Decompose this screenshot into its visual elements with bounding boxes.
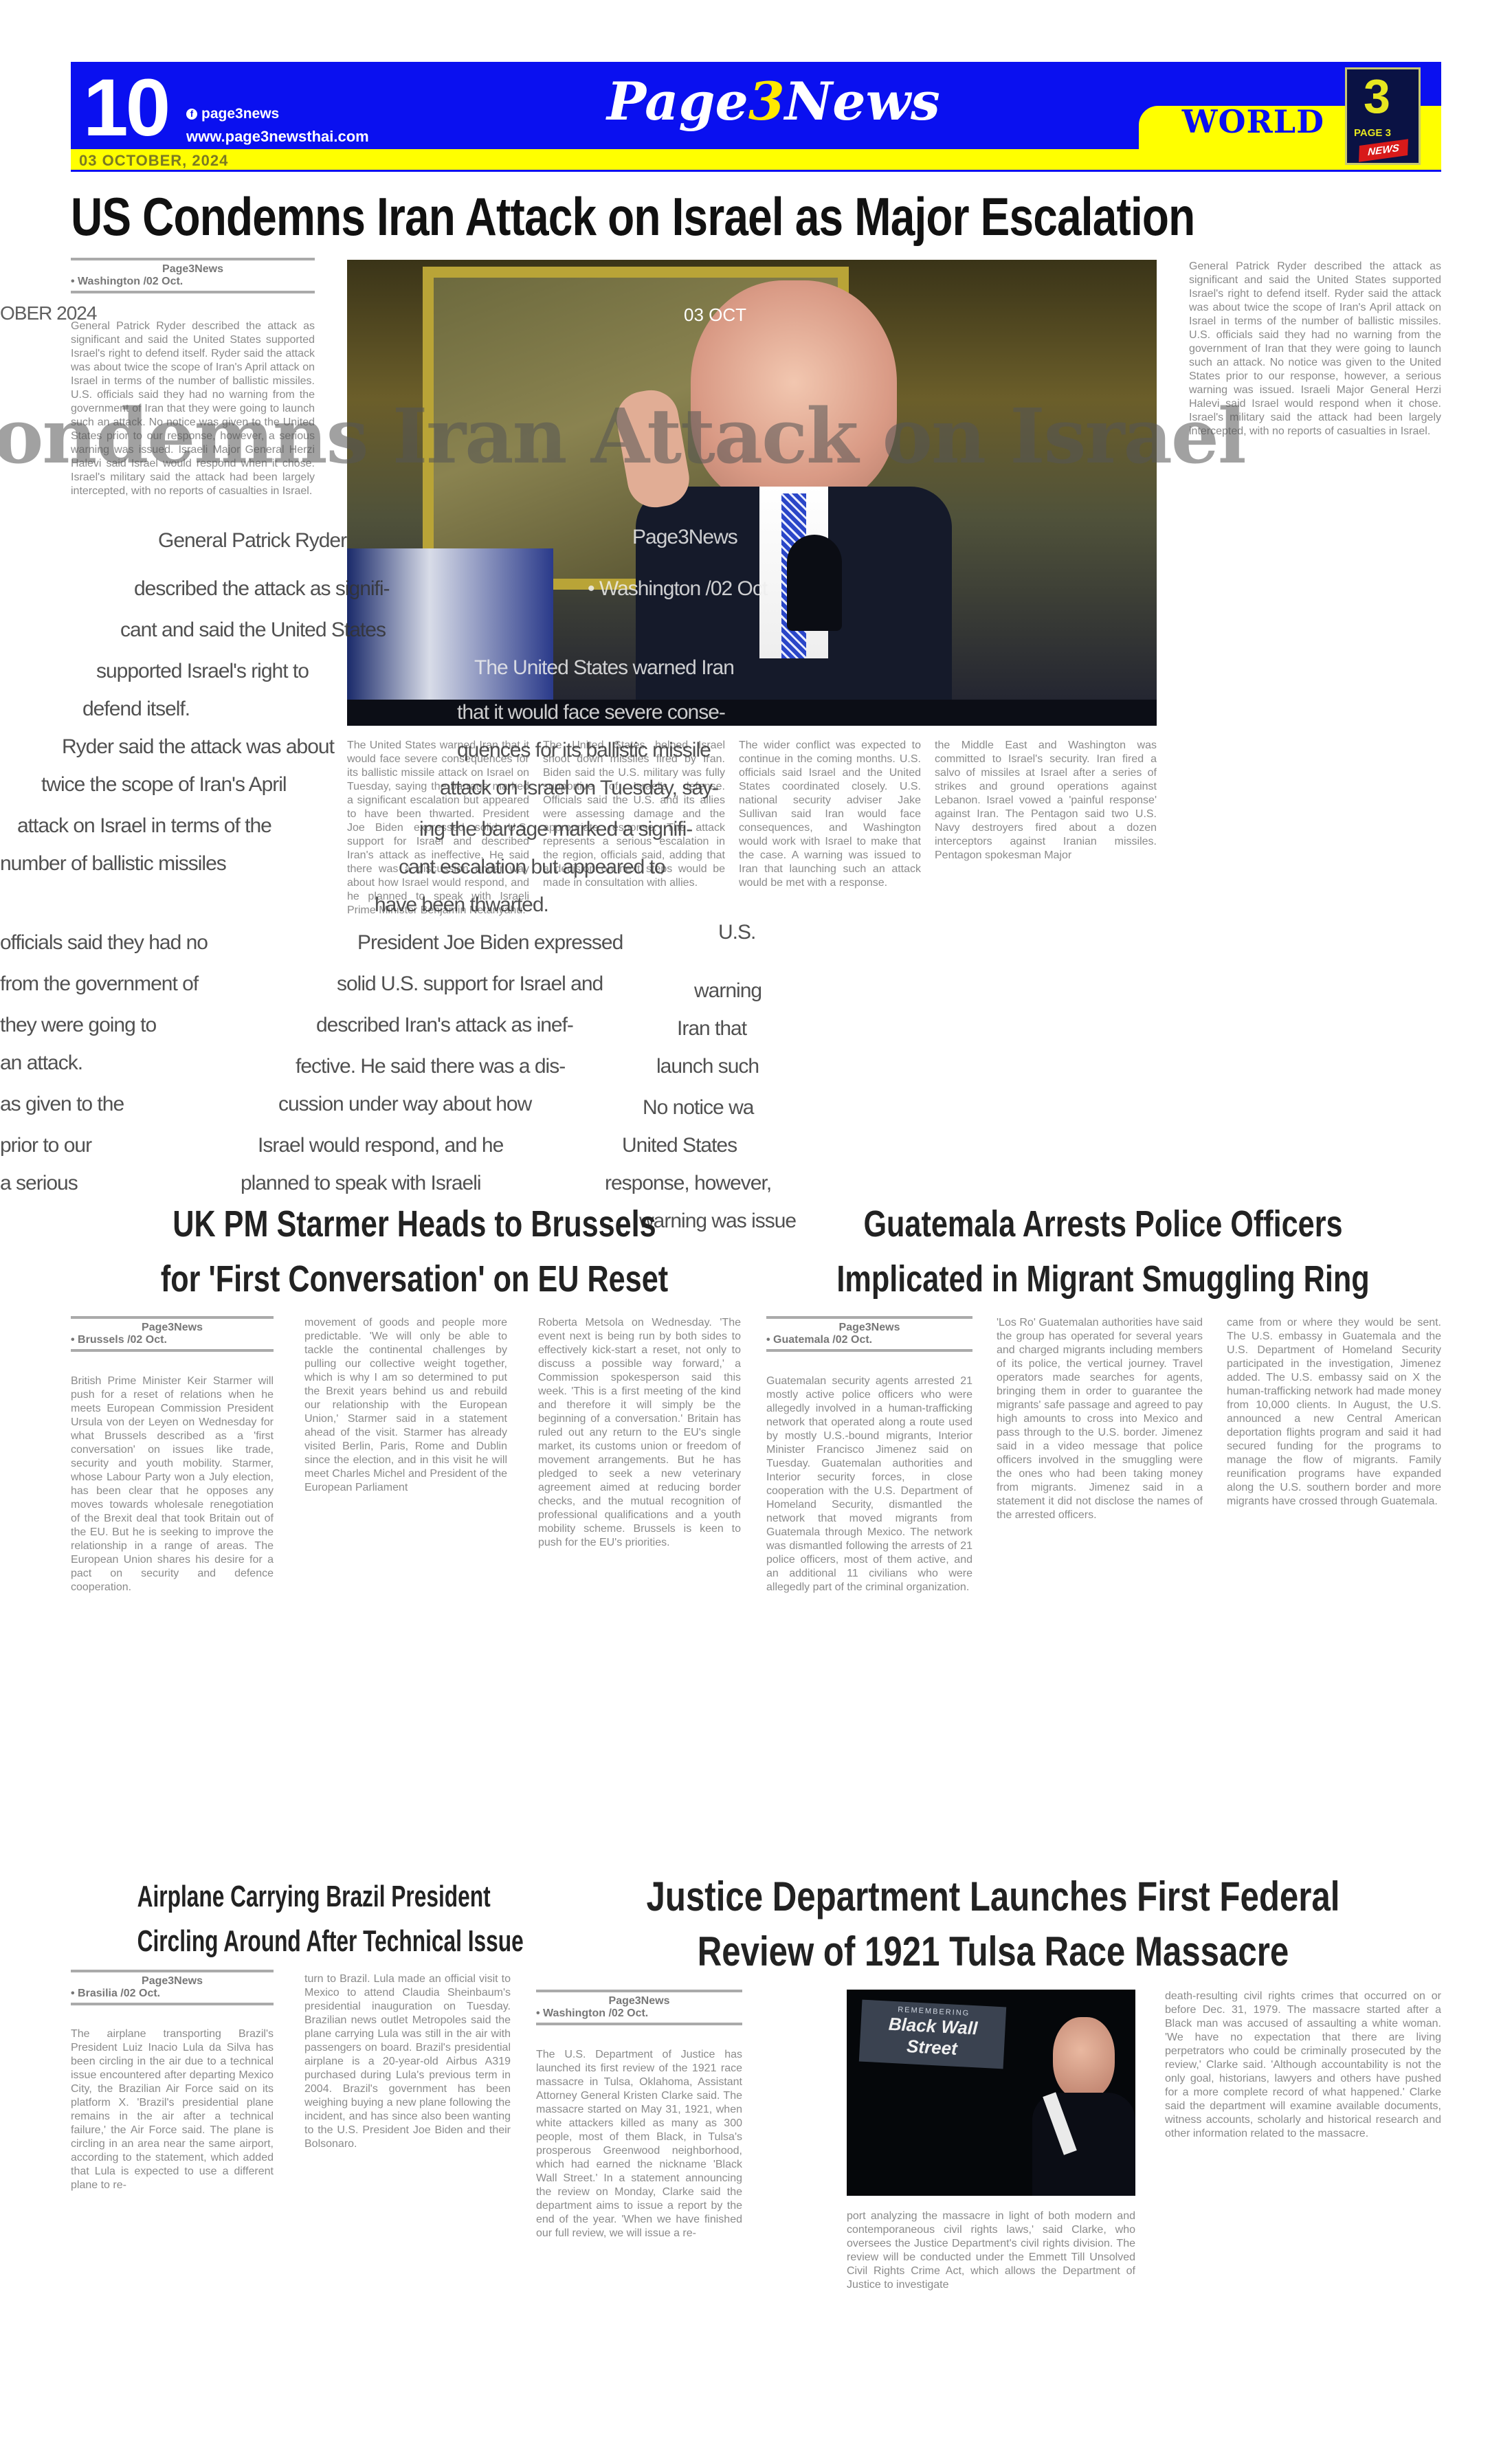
ghost-text: prior to our — [0, 1134, 91, 1157]
ghost-text: The United States warned Iran — [474, 656, 734, 680]
ghost-text: cussion under way about how — [278, 1093, 531, 1116]
ghost-text: No notice wa — [643, 1096, 753, 1120]
section-label: WORLD — [1182, 103, 1324, 140]
ghost-text: solid U.S. support for Israel and — [337, 972, 603, 996]
story5-headline-line2: Review of 1921 Tulsa Race Massacre — [624, 1928, 1362, 1975]
page-number: 10 — [83, 67, 168, 148]
lead-headline: US Condemns Iran Attack on Israel as Maj… — [71, 186, 1194, 248]
byline-name: Page3News — [162, 263, 223, 275]
ghost-text: supported Israel's right to — [96, 660, 309, 683]
story2-headline-line2: for 'First Conversation' on EU Reset — [140, 1258, 689, 1300]
story5-headline-line1: Justice Department Launches First Federa… — [624, 1873, 1362, 1920]
story3-column-2: 'Los Ro' Guatemalan authorities have sai… — [997, 1316, 1203, 1849]
ghost-text: defend itself. — [82, 698, 190, 721]
story2-column-1: British Prime Minister Keir Starmer will… — [71, 1375, 274, 1849]
ghost-text: have been thwarted. — [375, 893, 548, 917]
byline: Page3News• Washington /02 Oct. — [536, 1990, 742, 2025]
logo-line1: PAGE 3 — [1354, 127, 1391, 139]
story5-column-2: port analyzing the massacre in light of … — [847, 2210, 1135, 2405]
ghost-text: fective. He said there was a dis- — [296, 1055, 565, 1078]
story2-column-3: Roberta Metsola on Wednesday. 'The event… — [538, 1316, 741, 1849]
ghost-date: OBER 2024 — [0, 302, 96, 324]
ghost-text: Israel would respond, and he — [258, 1134, 503, 1157]
lead-photo: 03 OCT — [347, 260, 1157, 726]
microphone — [787, 535, 842, 631]
photo-ghost-date: 03 OCT — [684, 304, 746, 326]
facebook-handle-label: page3news — [201, 106, 279, 122]
ghost-text: officials said they had no — [0, 931, 208, 955]
ghost-text: cant and said the United States — [120, 619, 386, 642]
story3-column-1: Guatemalan security agents arrested 21 m… — [766, 1375, 972, 1849]
byline-name: Page3News — [142, 1975, 203, 1987]
ghost-text: launch such — [656, 1055, 759, 1078]
dateline: • Brussels /02 Oct. — [71, 1334, 274, 1346]
ghost-text: warning — [694, 979, 761, 1003]
ghost-text: • Washington /02 Oct — [588, 577, 767, 601]
byline-name: Page3News — [609, 1995, 670, 2007]
page3news-logo: 3 PAGE 3 NEWS — [1345, 67, 1421, 165]
byline: Page3News• Washington /02 Oct. — [71, 258, 315, 293]
logo-numeral: 3 — [1364, 72, 1390, 120]
ghost-headline: ondemns Iran Attack on Israel — [0, 392, 1245, 480]
ghost-text: response, however, — [605, 1172, 771, 1195]
ghost-text: quences for its ballistic missile — [457, 739, 711, 762]
ghost-text: ing the barrage marked a signifi- — [419, 818, 692, 841]
dateline: • Washington /02 Oct. — [71, 276, 315, 288]
story5-column-3: death-resulting civil rights crimes that… — [1165, 1990, 1441, 2405]
ghost-text: Page3News — [632, 526, 737, 549]
ghost-text: attack on Israel on Tuesday, say- — [440, 777, 718, 800]
ghost-text: they were going to — [0, 1014, 156, 1037]
ghost-text: General Patrick Ryder — [158, 529, 346, 553]
masthead-title: Page3News — [607, 76, 940, 128]
street-sign: REMEMBERING Black Wall Street — [859, 2000, 1006, 2069]
lead-byline-block: Page3News• Washington /02 Oct. — [71, 258, 315, 298]
ghost-text: described Iran's attack as inef- — [316, 1014, 573, 1037]
story2-byline-block: Page3News• Brussels /02 Oct. — [71, 1316, 274, 1356]
ghost-text: from the government of — [0, 972, 198, 996]
story4-headline-line2: Circling Around After Technical Issue — [137, 1924, 479, 1959]
sign-main-text: Black Wall Street — [859, 2012, 1005, 2062]
story2-column-2: movement of goods and people more predic… — [304, 1316, 507, 1849]
masthead-part2: 3 — [748, 71, 785, 132]
story4-byline-block: Page3News• Brasilia /02 Oct. — [71, 1970, 274, 2010]
byline-name: Page3News — [839, 1322, 900, 1333]
ghost-text: as given to the — [0, 1093, 124, 1116]
story2-headline-line1: UK PM Starmer Heads to Brussels — [140, 1203, 689, 1245]
dateline: • Washington /02 Oct. — [536, 2007, 742, 2020]
byline: Page3News• Brasilia /02 Oct. — [71, 1970, 274, 2005]
issue-date: 03 OCTOBER, 2024 — [79, 152, 228, 170]
person-head — [1053, 2017, 1115, 2100]
logo-line2: NEWS — [1359, 139, 1408, 162]
story5-column-1: The U.S. Department of Justice has launc… — [536, 2048, 742, 2405]
ghost-text: Iran that — [677, 1017, 746, 1041]
byline: Page3News• Guatemala /02 Oct. — [766, 1316, 972, 1352]
ghost-text: number of ballistic missiles — [0, 852, 226, 876]
facebook-icon: f — [186, 109, 197, 120]
lead-column-5: the Middle East and Washington was commi… — [935, 739, 1157, 1158]
ghost-text: United States — [622, 1134, 737, 1157]
story3-headline-line1: Guatemala Arrests Police Officers — [831, 1203, 1375, 1245]
ghost-text: that it would face severe conse- — [457, 701, 725, 724]
dateline: • Guatemala /02 Oct. — [766, 1334, 972, 1346]
website-link[interactable]: www.page3newsthai.com — [186, 128, 369, 146]
ghost-text: attack on Israel in terms of the — [17, 814, 271, 838]
story3-byline-block: Page3News• Guatemala /02 Oct. — [766, 1316, 972, 1356]
ghost-text: cant escalation but appeared to — [399, 856, 665, 879]
ghost-text: an attack. — [0, 1051, 82, 1075]
byline-name: Page3News — [142, 1322, 203, 1333]
story3-column-3: came from or where they would be sent. T… — [1227, 1316, 1441, 1849]
masthead-part3: News — [785, 71, 940, 132]
story4-column-2: turn to Brazil. Lula made an official vi… — [304, 1972, 511, 2405]
ghost-text: Ryder said the attack was about — [62, 735, 334, 759]
ghost-text: President Joe Biden expressed — [357, 931, 623, 955]
dateline: • Brasilia /02 Oct. — [71, 1988, 274, 2000]
tulsa-photo: REMEMBERING Black Wall Street — [847, 1990, 1135, 2196]
masthead-banner: 10 fpage3news www.page3newsthai.com 03 O… — [71, 62, 1441, 172]
facebook-handle[interactable]: fpage3news — [186, 106, 279, 122]
byline: Page3News• Brussels /02 Oct. — [71, 1316, 274, 1352]
ghost-text: planned to speak with Israeli — [241, 1172, 481, 1195]
masthead-part1: Page — [607, 71, 748, 132]
ghost-text: a serious — [0, 1172, 78, 1195]
lead-column-4: The wider conflict was expected to conti… — [739, 739, 921, 1158]
story5-byline-block: Page3News• Washington /02 Oct. — [536, 1990, 742, 2029]
ghost-text: twice the scope of Iran's April — [41, 773, 287, 797]
ghost-text: U.S. — [718, 921, 755, 944]
story4-column-1: The airplane transporting Brazil's Presi… — [71, 2027, 274, 2405]
ghost-text: described the attack as signifi- — [134, 577, 390, 601]
story3-headline-line2: Implicated in Migrant Smuggling Ring — [831, 1258, 1375, 1300]
story4-headline-line1: Airplane Carrying Brazil President — [137, 1880, 479, 1914]
